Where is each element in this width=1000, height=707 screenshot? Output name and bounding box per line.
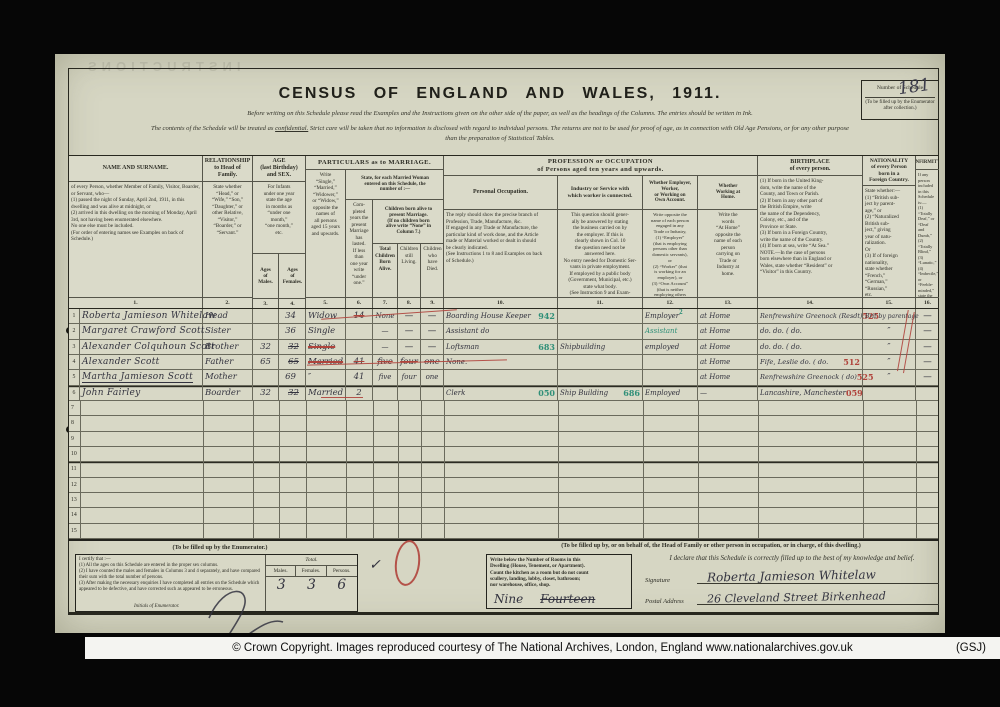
cell-occupation: Boarding House Keeper942 [444, 309, 558, 323]
col-number: 7. [373, 297, 397, 308]
col-header-industry: Industry or Service with which worker is… [558, 176, 643, 308]
row-number: 15 [71, 528, 77, 534]
col-header-working-at-home: Whether Working at Home. Write the words… [698, 176, 758, 308]
cell-children-born: — [373, 340, 398, 354]
initials-label: Initials of Enumerator. [134, 604, 179, 609]
cell-birthplace: Renfrewshire Greenock (Resdt)525 [758, 309, 863, 323]
col-header-children-born: Total Children Born Alive. 7. [373, 244, 398, 308]
cell-years-married [346, 340, 373, 354]
group-label: State, for each Married Woman entered on… [346, 170, 444, 200]
cell-name: Roberta Jamieson Whitelaw [80, 309, 203, 323]
row-number: 5 [69, 370, 80, 384]
col-desc: Write opposite the name of each person e… [643, 210, 697, 297]
cell-infirmity: — [916, 370, 939, 384]
total-females-value: 3 [296, 577, 326, 593]
instruction-line-2: The contents of the Schedule will be tre… [85, 125, 915, 134]
cell-birthplace: do. do. ( do. [758, 340, 863, 354]
col-number: 1. [69, 297, 202, 308]
enumerator-initials-flourish [195, 576, 291, 633]
rooms-instructions: Write below the Number of Rooms in this … [490, 557, 628, 589]
cell-years-married [346, 324, 373, 338]
col-desc: This question should gener- ally be answ… [558, 210, 642, 297]
cell-relationship: Father [203, 355, 253, 369]
rooms-value: Nine [494, 592, 523, 606]
col-desc: Children who have Died. [421, 244, 444, 297]
rooms-box: Write below the Number of Rooms in this … [486, 554, 632, 609]
cell-relationship: Boarder [203, 386, 253, 400]
cell-children-living: — [398, 340, 421, 354]
col-desc: Children still Living. [398, 244, 420, 297]
cell-working-at-home: at Home [698, 370, 758, 384]
row-number: 9 [71, 436, 74, 442]
screenshot-root: INSTRUCTIONS CENSUS OF ENGLAND AND WALES… [0, 0, 1000, 707]
census-schedule-sheet: INSTRUCTIONS CENSUS OF ENGLAND AND WALES… [55, 54, 945, 633]
row-number: 10 [71, 451, 77, 457]
cell-age-female: 32 [279, 386, 306, 400]
cell-nationality: ″ [863, 324, 916, 338]
cell-industry [558, 355, 643, 369]
cell-birthplace: do. do. ( do. [758, 324, 863, 338]
table-header: NAME AND SURNAME. of every Person, wheth… [69, 156, 938, 309]
instruction-text: Strict care will be taken that no inform… [308, 125, 849, 132]
cell-relationship: Brother [203, 340, 253, 354]
cell-age-male: 32 [253, 340, 279, 354]
group-label: PARTICULARS as to MARRIAGE. [306, 156, 443, 170]
census-table: NAME AND SURNAME. of every Person, wheth… [68, 155, 939, 541]
row-number: 4 [69, 355, 80, 369]
red-underline-mark [321, 397, 363, 398]
householder-section-title: (To be filled up by, or on behalf of, th… [483, 543, 939, 549]
totals-header-females: Females. [296, 566, 326, 577]
postal-address-label: Postal Address [645, 598, 697, 605]
instruction-line-1: Before writing on this Schedule please r… [85, 110, 915, 119]
cell-name: John Fairley [80, 386, 203, 400]
cell-occupation: Loftsman683 [444, 340, 558, 354]
children-group: Children born alive to present Marriage.… [373, 200, 444, 308]
instruction-line-3: than the preparation of Statistical Tabl… [85, 135, 915, 144]
cell-marriage: Single [306, 340, 346, 354]
cell-occupation: Clerk050 [444, 386, 558, 400]
table-body: 1 Roberta Jamieson Whitelaw Head 34 Wido… [69, 309, 938, 539]
col-label: Whether Employer, Worker, or Working on … [643, 176, 697, 210]
census-row-empty: 15 [69, 524, 938, 539]
col-header-years-married: Com- pleted years the present Marriage h… [346, 200, 373, 308]
signature-line: Roberta Jamieson Whitelaw [697, 569, 939, 584]
col-label: NATIONALITY of every Person born in a Fo… [863, 156, 915, 186]
col-desc: State whether:— (1) “British sub- ject b… [863, 186, 915, 297]
cell-name: Alexander Scott [80, 355, 203, 369]
cell-employer-worker: Employed [643, 386, 698, 400]
group-label: Children born alive to present Marriage.… [373, 200, 444, 244]
cell-marriage: Married [306, 386, 346, 400]
census-row-5: 5 Martha Jamieson Scott Mother 69 ″ 41 f… [69, 370, 938, 385]
cell-children-living: — [398, 324, 421, 338]
col-label: INFIRMITY. [916, 156, 939, 170]
signature-label: Signature [645, 577, 697, 584]
signature-handwriting: Roberta Jamieson Whitelaw [707, 568, 876, 585]
cell-infirmity [916, 386, 939, 400]
form-title: CENSUS OF ENGLAND AND WALES, 1911. [55, 85, 945, 103]
col-desc: Write the words “At Home” opposite the n… [698, 210, 758, 297]
row-number: 11 [71, 466, 77, 472]
copyright-text: © Crown Copyright. Images reproduced cou… [85, 642, 1000, 654]
cell-employer-worker [643, 355, 698, 369]
cell-relationship: Head [203, 309, 253, 323]
cell-industry: Shipbuilding [558, 340, 643, 354]
census-row-2: 2 Margaret Crawford Scott Sister 36 Sing… [69, 324, 938, 339]
cell-children-born: — [373, 324, 398, 338]
check-mark: ✓ [369, 557, 381, 573]
cell-industry: Ship Building686 [558, 386, 643, 400]
col-number: 16. [916, 297, 939, 308]
cell-nationality [863, 386, 916, 400]
signature-row: Signature Roberta Jamieson Whitelaw [645, 569, 939, 584]
col-desc: Com- pleted years the present Marriage h… [346, 200, 372, 297]
row-number: 7 [71, 405, 74, 411]
cell-relationship: Sister [203, 324, 253, 338]
cell-birthplace: Renfrewshire Greenock ( do)525 [758, 370, 863, 384]
census-row-empty: 13 [69, 493, 938, 508]
col-header-relationship: RELATIONSHIP to Head of Family. State wh… [203, 156, 253, 308]
cell-infirmity: — [916, 324, 939, 338]
cell-name: Margaret Crawford Scott [80, 324, 203, 338]
cell-employer-worker [643, 370, 698, 384]
archive-footer-bar: © Crown Copyright. Images reproduced cou… [85, 637, 1000, 659]
col-label: Whether Working at Home. [698, 176, 758, 210]
cell-industry [558, 370, 643, 384]
census-row-empty: 14 [69, 508, 938, 523]
cell-employer-worker: Employer2 [643, 309, 698, 323]
census-row-3: 3 Alexander Colquhoun Scott Brother 32 3… [69, 340, 938, 355]
row-number: 6 [69, 386, 80, 400]
row-number: 2 [69, 324, 80, 338]
census-row-6: 6 John Fairley Boarder 32 32 Married 2 C… [69, 386, 938, 401]
col-header-marital-condition: Write “Single,” “Married,” “Widower,” or… [306, 170, 346, 308]
col-desc: The reply should show the precise branch… [444, 210, 557, 297]
col-desc: (1) If born in the United King- dom, wri… [758, 176, 862, 297]
confidential-word: confidential. [275, 125, 308, 132]
married-woman-group: State, for each Married Woman entered on… [346, 170, 444, 308]
cell-age-female: 65 [279, 355, 306, 369]
col-number: 8. [398, 297, 420, 308]
total-persons-value: 6 [327, 577, 357, 593]
cell-children-living: four [398, 370, 421, 384]
totals-header-persons: Persons. [327, 566, 357, 577]
cell-nationality: ″ [863, 370, 916, 384]
cell-occupation: Assistant do [444, 324, 558, 338]
age-numbers: 3. 4. [253, 298, 305, 308]
cell-working-at-home: at Home [698, 355, 758, 369]
cell-name: Martha Jamieson Scott [80, 370, 203, 384]
cell-children-born: None [373, 309, 398, 323]
col-number: 13. [698, 297, 758, 308]
cell-employer-worker: Assistant [643, 324, 698, 338]
col-number: 5. [306, 297, 345, 308]
instruction-text: The contents of the Schedule will be tre… [151, 125, 275, 132]
cell-children-died: — [421, 340, 444, 354]
cell-infirmity: — [916, 355, 939, 369]
census-row-4: 4 Alexander Scott Father 65 65 Married 4… [69, 355, 938, 370]
col-desc: Total Children Born Alive. [373, 244, 397, 297]
cell-children-died: one [421, 370, 444, 384]
col-label: AGE (last Birthday) and SEX. [253, 156, 305, 182]
col-label: BIRTHPLACE of every person. [758, 156, 862, 176]
col-desc: of every Person, whether Member of Famil… [69, 182, 202, 297]
row-number: 14 [71, 512, 77, 518]
col-desc: For Infants under one year state the age… [253, 182, 305, 253]
declaration-section: I declare that this Schedule is correctl… [645, 554, 939, 605]
declaration-text: I declare that this Schedule is correctl… [645, 554, 939, 562]
enumerator-section-title: (To be filled up by the Enumerator.) [75, 544, 365, 551]
col-desc: Write “Single,” “Married,” “Widower,” or… [306, 170, 345, 297]
row-number: 13 [71, 497, 77, 503]
cell-working-at-home: at Home [698, 324, 758, 338]
col-header-profession-group: PROFESSION or OCCUPATION of Persons aged… [444, 156, 758, 308]
census-row-empty: 11 [69, 462, 938, 477]
col-desc: State whether “Head,” or “Wife,” “Son,” … [203, 182, 252, 297]
col-header-children-living: Children still Living. 8. [398, 244, 421, 308]
cell-marriage: ″ [306, 370, 346, 384]
col-header-name: NAME AND SURNAME. of every Person, wheth… [69, 156, 203, 308]
cell-age-female: 32 [279, 340, 306, 354]
col-header-infirmity: INFIRMITY. If any person included in thi… [916, 156, 939, 308]
cell-working-at-home: at Home [698, 309, 758, 323]
cell-infirmity: — [916, 309, 939, 323]
cell-age-male [253, 370, 279, 384]
col-label: RELATIONSHIP to Head of Family. [203, 156, 252, 182]
cell-nationality: ″ [863, 355, 916, 369]
cell-age-male [253, 324, 279, 338]
cell-children-living [398, 386, 421, 400]
col-number: 14. [758, 297, 862, 308]
cell-name: Alexander Colquhoun Scott [80, 340, 203, 354]
col-header-nationality: NATIONALITY of every Person born in a Fo… [863, 156, 916, 308]
cell-years-married: 2 [346, 386, 373, 400]
cell-children-died: — [421, 324, 444, 338]
row-number: 3 [69, 340, 80, 354]
cell-infirmity: — [916, 340, 939, 354]
cell-industry [558, 309, 643, 323]
col-number: 3. [253, 298, 279, 308]
col-header-children-died: Children who have Died. 9. [421, 244, 444, 308]
row-number: 1 [69, 309, 80, 323]
census-row-empty: 9 [69, 432, 938, 447]
cell-marriage: Widow [306, 309, 346, 323]
cell-age-male: 65 [253, 355, 279, 369]
postal-address-line: 26 Cleveland Street Birkenhead [697, 591, 939, 605]
cell-children-born [373, 386, 398, 400]
col-number: 2. [203, 297, 252, 308]
col-number: 9. [421, 297, 444, 308]
row-number: 12 [71, 482, 77, 488]
cell-children-born: five [373, 370, 398, 384]
age-subcols: Ages of Males. Ages of Females. [253, 253, 305, 298]
cell-occupation: None. [444, 355, 558, 369]
cell-working-at-home: at Home [698, 340, 758, 354]
cell-birthplace: Fife, Leslie do. ( do.512 [758, 355, 863, 369]
col-header-marriage-group: PARTICULARS as to MARRIAGE. Write “Singl… [306, 156, 444, 308]
col-label-ages-females: Ages of Females. [279, 253, 306, 298]
totals-title: Total. [266, 555, 357, 566]
col-header-birthplace: BIRTHPLACE of every person. (1) If born … [758, 156, 863, 308]
col-number: 11. [558, 297, 642, 308]
col-number: 15. [863, 297, 915, 308]
col-header-employer-worker: Whether Employer, Worker, or Working on … [643, 176, 698, 308]
col-header-occupation: Personal Occupation. The reply should sh… [444, 176, 558, 308]
col-number: 4. [279, 298, 306, 308]
census-row-empty: 10 [69, 447, 938, 462]
group-label: PROFESSION or OCCUPATION of Persons aged… [444, 156, 757, 176]
cell-industry [558, 324, 643, 338]
col-label: NAME AND SURNAME. [69, 156, 202, 182]
census-row-1: 1 Roberta Jamieson Whitelaw Head 34 Wido… [69, 309, 938, 324]
cell-years-married: 41 [346, 370, 373, 384]
col-label-ages-males: Ages of Males. [253, 253, 279, 298]
col-number: 12. [643, 297, 697, 308]
cell-children-died [421, 386, 444, 400]
cell-occupation [444, 370, 558, 384]
cell-employer-worker: employed [643, 340, 698, 354]
cell-working-at-home: — [698, 386, 758, 400]
col-number: 6. [346, 297, 372, 308]
col-header-age: AGE (last Birthday) and SEX. For Infants… [253, 156, 306, 308]
postal-address-row: Postal Address 26 Cleveland Street Birke… [645, 591, 939, 605]
cell-age-female: 36 [279, 324, 306, 338]
row-number: 8 [71, 420, 74, 426]
cell-relationship: Mother [203, 370, 253, 384]
cell-birthplace: Lancashire, Manchester059 [758, 386, 863, 400]
postal-address-handwriting: 26 Cleveland Street Birkenhead [707, 589, 886, 605]
census-row-empty: 12 [69, 478, 938, 493]
cell-age-female: 69 [279, 370, 306, 384]
cell-marriage: Single [306, 324, 346, 338]
col-number: 10. [444, 297, 557, 308]
cell-age-male: 32 [253, 386, 279, 400]
census-row-empty: 8 [69, 416, 938, 431]
rooms-struck-value: Fourteen [540, 592, 595, 606]
col-label: Industry or Service with which worker is… [558, 176, 642, 210]
census-row-empty: 7 [69, 401, 938, 416]
cell-age-male [253, 309, 279, 323]
rooms-handwriting: Nine Fourteen [490, 592, 628, 606]
col-label: Personal Occupation. [444, 176, 557, 210]
cell-age-female: 34 [279, 309, 306, 323]
cell-marriage: Married [306, 355, 346, 369]
footer-tag: (GSJ) [956, 642, 986, 654]
col-desc: If any person included in this Schedule … [916, 170, 939, 297]
